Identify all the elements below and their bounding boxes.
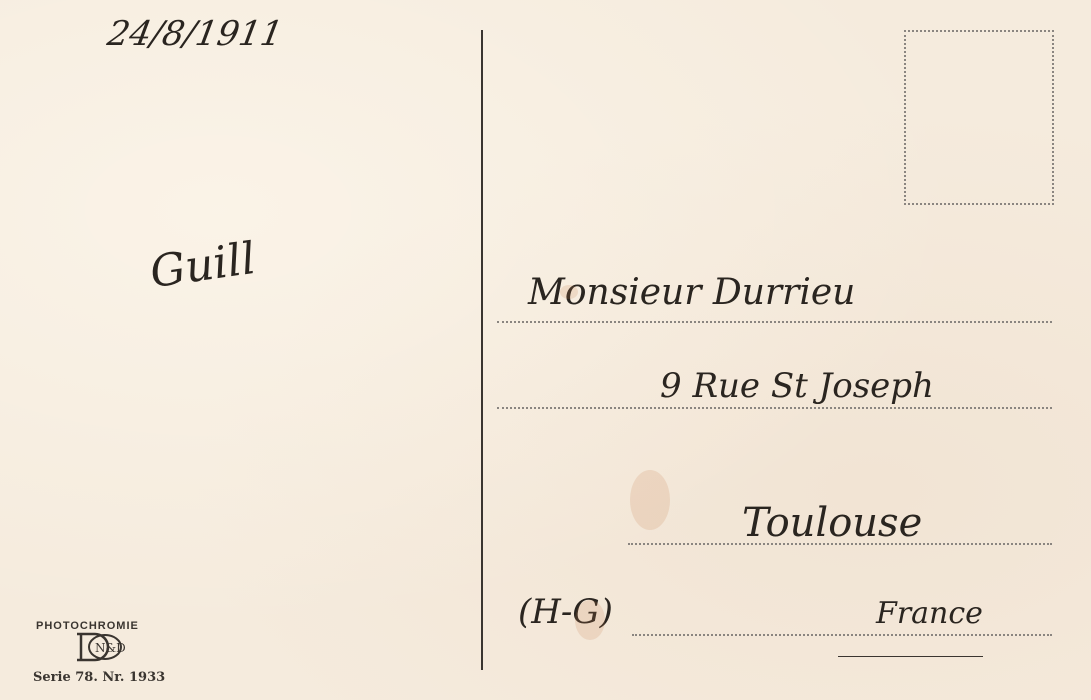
postcard-back: 24/8/1911 Guill Monsieur Durrieu 9 Rue S… (0, 0, 1091, 700)
center-divider-line (481, 30, 483, 670)
address-street: 9 Rue St Joseph (660, 366, 934, 406)
address-line-1 (497, 321, 1052, 323)
handwritten-signature: Guill (147, 233, 259, 298)
address-line-2 (497, 407, 1052, 409)
stamp-placeholder-box (904, 30, 1054, 205)
publisher-logo-icon: N&D (73, 632, 125, 662)
foxing-stain (560, 285, 578, 299)
publisher-label: PHOTOCHROMIE (36, 620, 139, 632)
country-underline (838, 656, 983, 657)
foxing-stain (630, 470, 670, 530)
series-number: Serie 78. Nr. 1933 (33, 670, 165, 685)
address-country: France (876, 596, 983, 631)
handwritten-date: 24/8/1911 (104, 14, 285, 54)
address-line-4 (632, 634, 1052, 636)
foxing-stain (575, 600, 605, 640)
address-city: Toulouse (742, 500, 922, 546)
svg-text:N&D: N&D (95, 641, 125, 655)
